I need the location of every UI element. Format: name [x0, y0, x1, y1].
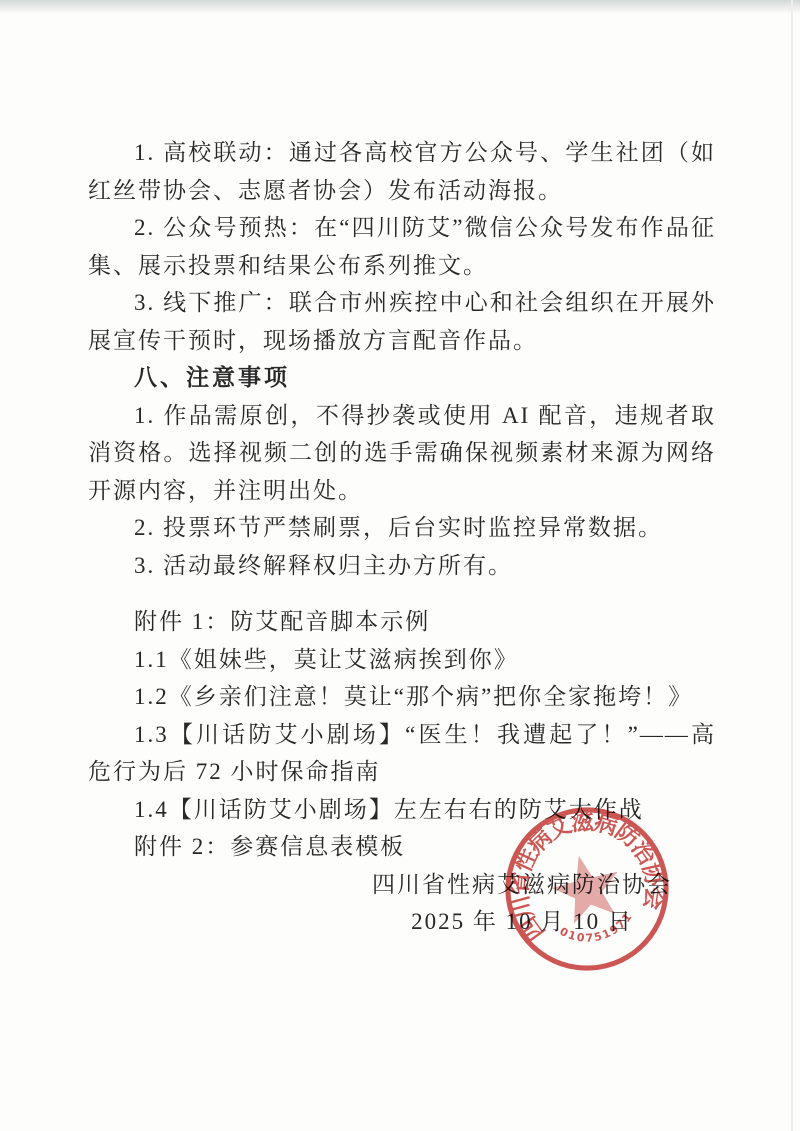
document-page: 1. 高校联动：通过各高校官方公众号、学生社团（如红丝带协会、志愿者协会）发布活…	[0, 0, 800, 1131]
attachment-item: 1.2《乡亲们注意！莫让“那个病”把你全家拖垮！》	[88, 678, 716, 716]
signature-organization: 四川省性病艾滋病防治协会	[372, 866, 672, 904]
attachment-item: 1.1《姐妹些，莫让艾滋病挨到你》	[88, 641, 716, 679]
promotion-item: 3. 线下推广：联合市州疾控中心和社会组织在开展外展宣传干预时，现场播放方言配音…	[88, 284, 716, 359]
scan-edge-right	[791, 0, 793, 1131]
promotion-item: 2. 公众号预热：在“四川防艾”微信公众号发布作品征集、展示投票和结果公布系列推…	[88, 209, 716, 284]
note-item: 1. 作品需原创，不得抄袭或使用 AI 配音，违规者取消资格。选择视频二创的选手…	[88, 397, 716, 510]
attachment2-title: 附件 2：参赛信息表模板	[88, 828, 716, 866]
attachment-item: 1.4【川话防艾小剧场】左左右右的防艾大作战	[88, 791, 716, 829]
attachment1-title: 附件 1：防艾配音脚本示例	[88, 603, 716, 641]
note-item: 3. 活动最终解释权归主办方所有。	[88, 547, 716, 585]
note-item: 2. 投票环节严禁刷票，后台实时监控异常数据。	[88, 509, 716, 547]
promotion-item: 1. 高校联动：通过各高校官方公众号、学生社团（如红丝带协会、志愿者协会）发布活…	[88, 134, 716, 209]
signature-block: 四川省性病艾滋病防治协会 2025 年 10 月 10 日	[372, 866, 672, 941]
paragraph-gap	[88, 584, 716, 603]
scan-shadow-top	[0, 0, 800, 14]
section-heading: 八、注意事项	[88, 359, 716, 397]
signature-date: 2025 年 10 月 10 日	[372, 903, 672, 941]
document-body: 1. 高校联动：通过各高校官方公众号、学生社团（如红丝带协会、志愿者协会）发布活…	[88, 134, 716, 941]
attachment-item: 1.3【川话防艾小剧场】“医生！我遭起了！”——高危行为后 72 小时保命指南	[88, 716, 716, 791]
